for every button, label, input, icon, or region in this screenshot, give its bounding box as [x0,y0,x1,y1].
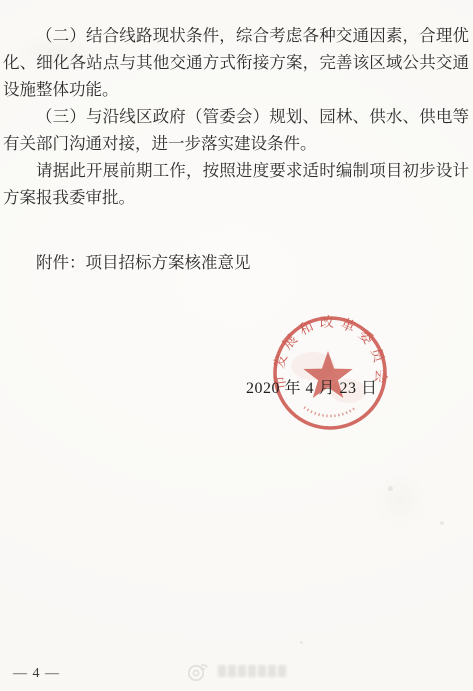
paragraph-item-3: （三）与沿线区政府（管委会）规划、园林、供水、供电等有关部门沟通对接，进一步落实… [3,103,469,157]
scan-speck [388,486,393,491]
document-body: （二）结合线路现状条件，综合考虑各种交通因素，合理优化、细化各站点与其他交通方式… [0,0,473,276]
paragraph-item-2: （二）结合线路现状条件，综合考虑各种交通因素，合理优化、细化各站点与其他交通方式… [3,22,469,103]
page-number: — 4 — [13,666,60,682]
official-seal: 市发展和改革委员会 [268,311,392,435]
scan-speck [300,641,303,644]
watermark [186,659,286,683]
document-date: 2020 年 4 月 23 日 [246,375,378,398]
paragraph-closing: 请据此开展前期工作，按照进度要求适时编制项目初步设计方案报我委审批。 [3,157,469,211]
scan-speck [440,521,444,525]
weibo-eye-icon [186,659,210,683]
scanned-document-page: （二）结合线路现状条件，综合考虑各种交通因素，合理优化、细化各站点与其他交通方式… [0,0,473,691]
attachment-line: 附件：项目招标方案核准意见 [3,249,469,276]
watermark-text-illegible [218,665,286,677]
seal-serial-code [304,407,356,416]
